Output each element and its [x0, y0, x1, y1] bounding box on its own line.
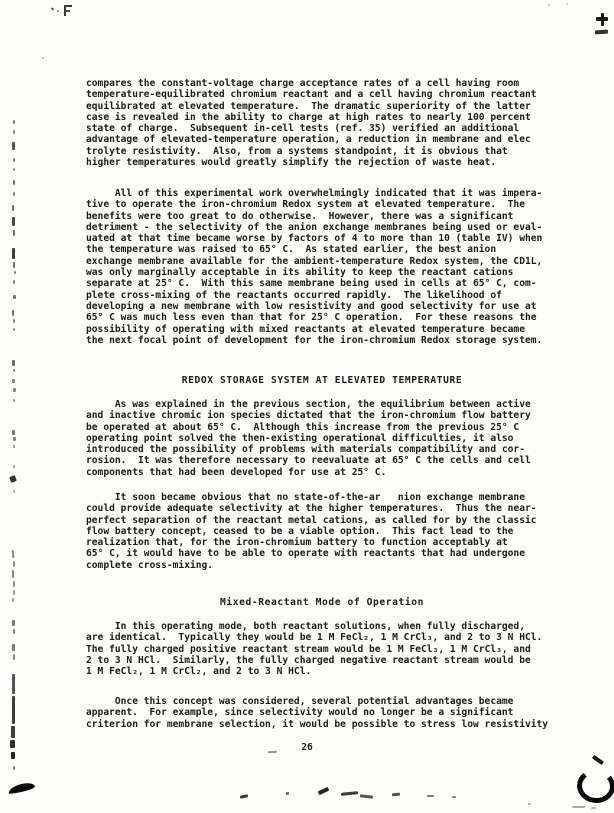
scanned-report-page: compares the constant-voltage charge acc… — [0, 0, 614, 813]
scan-artifact — [12, 620, 15, 626]
scan-artifact — [12, 644, 15, 651]
scan-artifact — [9, 475, 17, 483]
scan-artifact — [13, 590, 15, 595]
scan-artifact — [10, 740, 15, 748]
scan-artifact — [13, 369, 15, 372]
scan-artifact — [13, 654, 15, 660]
scan-artifact — [566, 3, 568, 5]
scan-artifact — [12, 430, 15, 435]
scan-artifact — [51, 7, 55, 10]
scan-artifact — [13, 280, 15, 284]
scan-artifact — [13, 629, 15, 634]
scan-artifact — [13, 445, 15, 448]
scan-artifact — [13, 230, 15, 236]
scan-artifact — [11, 752, 15, 759]
scan-artifact — [12, 310, 14, 316]
scan-artifact — [591, 807, 596, 809]
scan-artifact — [13, 328, 15, 331]
scan-artifact — [13, 465, 15, 468]
scan-artifact — [318, 787, 330, 795]
ink-smudge-bottom-left — [8, 782, 36, 795]
scan-artifact — [13, 180, 15, 185]
scan-artifact — [12, 550, 15, 558]
scan-artifact — [12, 142, 15, 150]
scan-artifact — [12, 696, 15, 724]
page-number: 26 — [0, 742, 614, 753]
scan-artifact — [14, 271, 16, 274]
scan-artifact — [13, 388, 16, 392]
scan-artifact — [12, 248, 15, 259]
scan-artifact — [572, 806, 585, 808]
scan-artifact — [452, 796, 456, 798]
scan-artifact — [13, 158, 15, 162]
scan-artifact — [12, 379, 15, 383]
scan-artifact — [13, 120, 15, 124]
scan-artifact — [596, 17, 608, 21]
scan-artifact — [528, 803, 531, 805]
scan-artifact — [240, 794, 248, 799]
paragraph: It soon became obvious that no state-of-… — [86, 492, 558, 571]
scan-artifact — [13, 319, 15, 323]
scan-artifact — [12, 674, 15, 694]
scan-artifact — [341, 791, 358, 796]
scan-artifact — [360, 794, 373, 798]
scan-artifact — [13, 561, 15, 567]
scan-artifact — [42, 57, 44, 59]
scan-artifact — [548, 4, 550, 6]
scan-artifact — [13, 766, 15, 770]
paragraph: As was explained in the previous section… — [86, 399, 558, 478]
scan-artifact — [427, 795, 434, 797]
scan-artifact — [286, 792, 289, 795]
scan-artifact — [392, 793, 400, 797]
scan-artifact — [13, 192, 15, 196]
scan-artifact — [13, 168, 15, 171]
paragraph: All of this experimental work overwhelmi… — [86, 188, 558, 346]
scan-artifact — [592, 755, 604, 765]
scan-artifact — [13, 262, 15, 268]
scan-artifact — [12, 205, 14, 211]
paragraph: In this operating mode, both reactant so… — [86, 621, 558, 677]
section-heading: REDOX STORAGE SYSTEM AT ELEVATED TEMPERA… — [86, 375, 558, 386]
pen-mark-top-left — [64, 5, 72, 16]
crescent-pen-mark — [575, 767, 614, 805]
scan-artifact — [13, 437, 16, 441]
scan-artifact — [13, 295, 16, 299]
scan-artifact — [595, 30, 608, 35]
scan-artifact — [12, 360, 15, 366]
scan-artifact — [57, 10, 59, 12]
paragraph: Once this concept was considered, severa… — [86, 696, 558, 730]
section-heading: Mixed-Reactant Mode of Operation — [86, 597, 558, 608]
scan-artifact — [12, 598, 14, 602]
scan-artifact — [13, 490, 15, 493]
scan-artifact — [11, 726, 15, 738]
scan-artifact — [13, 399, 15, 402]
paragraph: compares the constant-voltage charge acc… — [86, 78, 558, 168]
scan-artifact — [12, 217, 15, 226]
scan-artifact — [12, 570, 14, 578]
scan-artifact — [13, 130, 15, 134]
scan-artifact — [13, 581, 15, 587]
